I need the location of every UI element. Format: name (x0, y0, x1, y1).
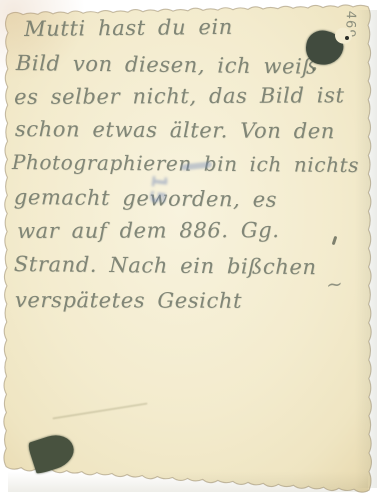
handwriting-line-2: Bild von diesen, ich weiß (16, 51, 317, 79)
handwriting-line-4: schon etwas älter. Von den (15, 117, 335, 143)
handwriting-line-1: Mutti hast du ein (24, 15, 233, 41)
handwriting-line-8: Strand. Nach ein bißchen (14, 252, 317, 279)
handwriting-line-7: war auf dem 886. Gg. (17, 218, 280, 243)
scanned-photo-back: Mutti hast du ein Bild von diesen, ich w… (0, 0, 383, 500)
ink-dot (345, 36, 349, 40)
blue-stamp-number: 15 (144, 173, 172, 208)
handwriting-line-3: es selber nicht, das Bild ist (14, 83, 345, 109)
handwriting-line-9: verspätetes Gesicht (15, 288, 242, 313)
tilde-pen-mark: ~ (325, 271, 344, 297)
